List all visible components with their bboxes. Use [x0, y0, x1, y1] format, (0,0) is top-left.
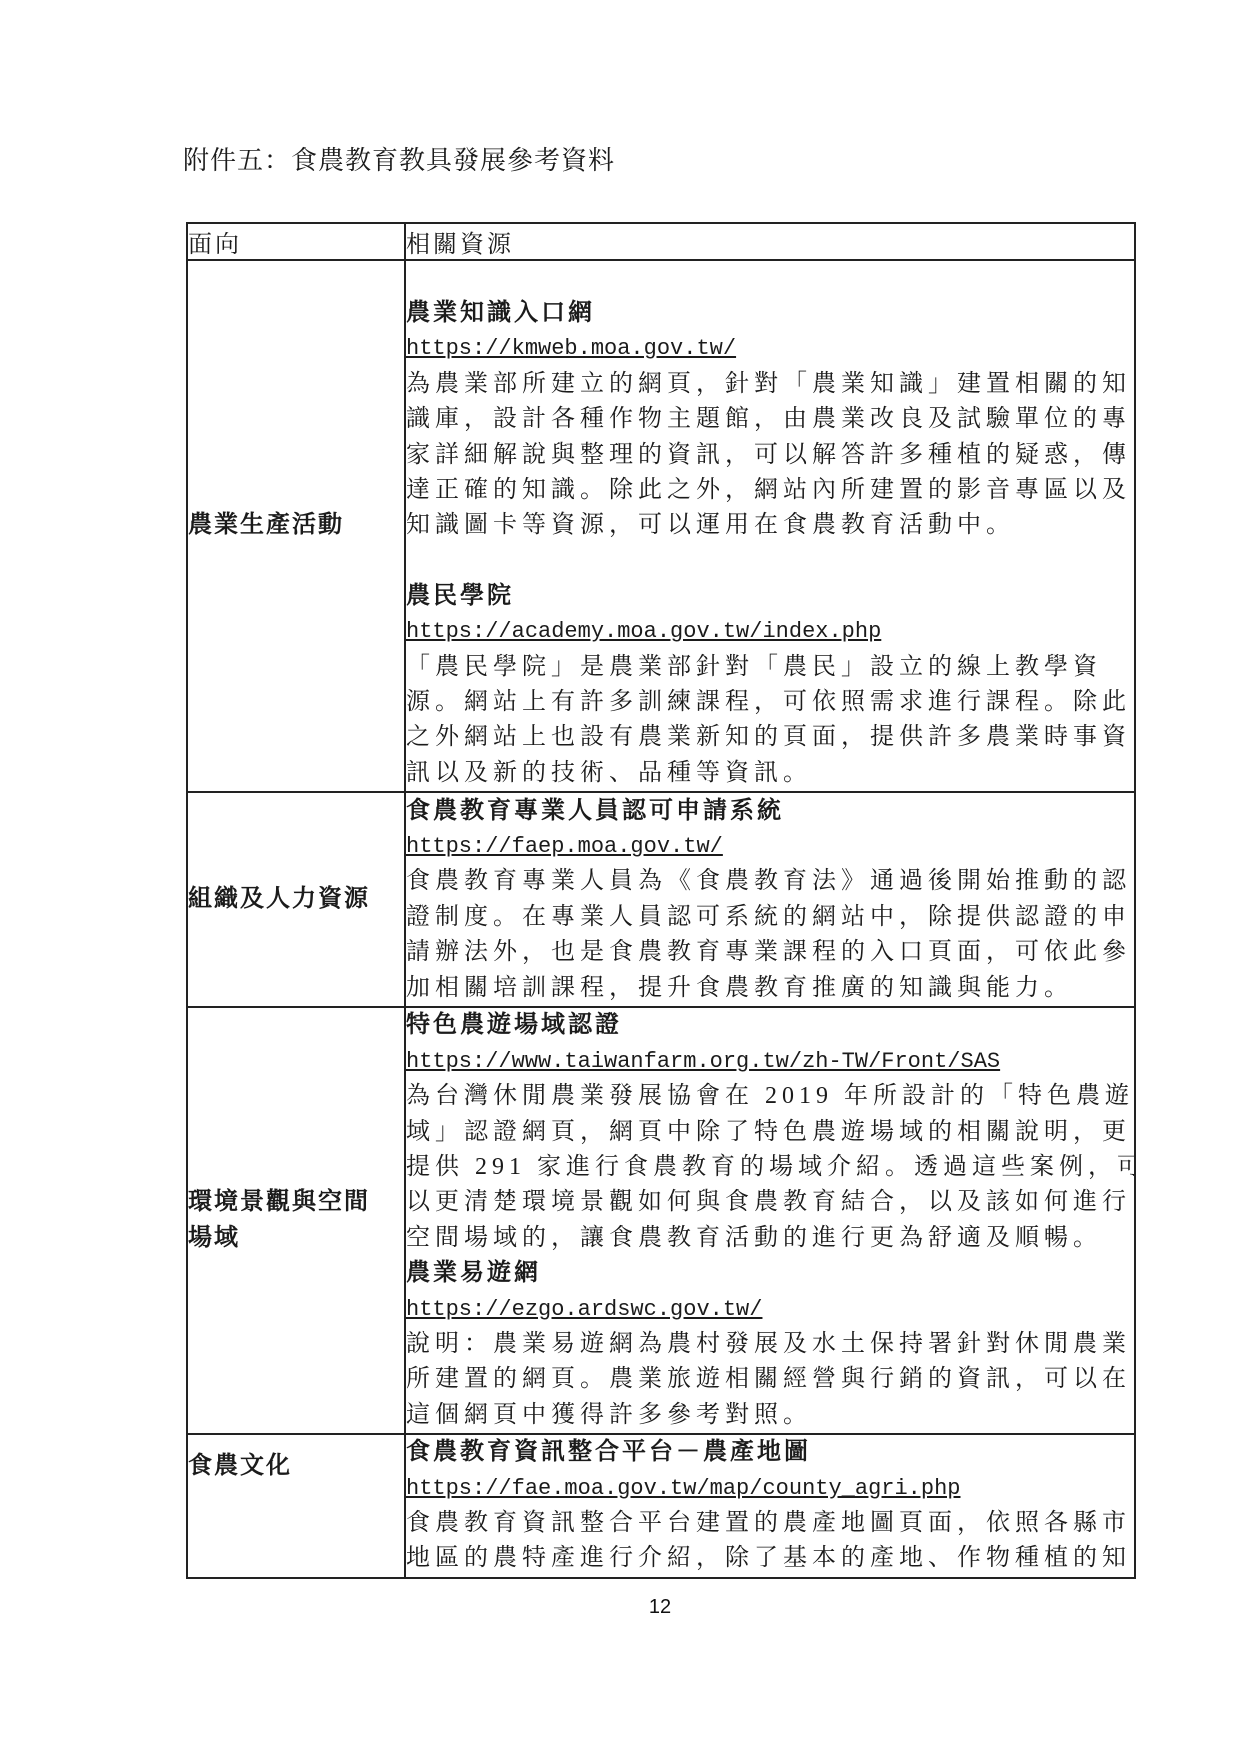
resource-url-link[interactable]: https://www.taiwanfarm.org.tw/zh-TW/Fron…	[406, 1044, 1134, 1079]
text-line: 場域	[188, 1221, 404, 1256]
text-line: 訊以及新的技術、品種等資訊。	[406, 756, 1134, 791]
header-cell-resources: 相關資源	[405, 223, 1135, 260]
text-line: 食農教育專業人員為《食農教育法》通過後開始推動的認	[406, 864, 1134, 899]
resource-table: 面向 相關資源 農業生產活動 農業知識入口網 https://kmweb.moa…	[186, 222, 1136, 1579]
text-line: 以更清楚環境景觀如何與食農教育結合，以及該如何進行	[406, 1185, 1134, 1220]
resource-block: 農民學院 https://academy.moa.gov.tw/index.ph…	[406, 579, 1134, 791]
text-line: 達正確的知識。除此之外，網站內所建置的影音專區以及	[406, 473, 1134, 508]
text-line: 證制度。在專業人員認可系統的網站中，除提供認證的申	[406, 900, 1134, 935]
text-line: 源。網站上有許多訓練課程，可依照需求進行課程。除此	[406, 685, 1134, 720]
resource-heading: 食農教育資訊整合平台－農產地圖	[406, 1435, 1134, 1470]
resources-cell: 特色農遊場域認證 https://www.taiwanfarm.org.tw/z…	[405, 1007, 1135, 1434]
text-line: 家詳細解說與整理的資訊，可以解答許多種植的疑惑，傳	[406, 438, 1134, 473]
table-row: 組織及人力資源 食農教育專業人員認可申請系統 https://faep.moa.…	[187, 792, 1135, 1007]
resource-heading: 特色農遊場域認證	[406, 1008, 1134, 1043]
text-line: 所建置的網頁。農業旅遊相關經營與行銷的資訊，可以在	[406, 1362, 1134, 1397]
aspect-cell-organization-hr: 組織及人力資源	[187, 792, 405, 1007]
resources-cell: 食農教育專業人員認可申請系統 https://faep.moa.gov.tw/ …	[405, 792, 1135, 1007]
resource-description: 為台灣休閒農業發展協會在 2019 年所設計的「特色農遊場域」認證網頁，網頁中除…	[406, 1079, 1134, 1256]
resource-url-link[interactable]: https://faep.moa.gov.tw/	[406, 829, 1134, 864]
text-line: 知識圖卡等資源，可以運用在食農教育活動中。	[406, 508, 1134, 543]
resource-block: 農業易遊網 https://ezgo.ardswc.gov.tw/ 說明：農業易…	[406, 1256, 1134, 1433]
resource-description: 「農民學院」是農業部針對「農民」設立的線上教學資源。網站上有許多訓練課程，可依照…	[406, 650, 1134, 792]
text-line: 農業生產活動	[188, 508, 404, 543]
resources-cell: 農業知識入口網 https://kmweb.moa.gov.tw/ 為農業部所建…	[405, 260, 1135, 792]
resource-heading: 食農教育專業人員認可申請系統	[406, 794, 1134, 829]
text-line: 請辦法外，也是食農教育專業課程的入口頁面，可依此參	[406, 935, 1134, 970]
aspect-cell-agricultural-production: 農業生產活動	[187, 260, 405, 792]
resource-block: 食農教育專業人員認可申請系統 https://faep.moa.gov.tw/ …	[406, 794, 1134, 1006]
resource-heading: 農業易遊網	[406, 1256, 1134, 1291]
table-row: 環境景觀與空間場域 特色農遊場域認證 https://www.taiwanfar…	[187, 1007, 1135, 1434]
aspect-cell-food-agri-culture: 食農文化	[187, 1434, 405, 1578]
text-line: 說明：農業易遊網為農村發展及水土保持署針對休閒農業	[406, 1327, 1134, 1362]
resources-cell: 食農教育資訊整合平台－農產地圖 https://fae.moa.gov.tw/m…	[405, 1434, 1135, 1578]
resource-block: 食農教育資訊整合平台－農產地圖 https://fae.moa.gov.tw/m…	[406, 1435, 1134, 1577]
text-line: 提供 291 家進行食農教育的場域介紹。透過這些案例，可	[406, 1150, 1134, 1185]
resource-description: 為農業部所建立的網頁，針對「農業知識」建置相關的知識庫，設計各種作物主題館，由農…	[406, 367, 1134, 544]
text-line: 域」認證網頁，網頁中除了特色農遊場域的相關說明，更	[406, 1115, 1134, 1150]
text-line: 「農民學院」是農業部針對「農民」設立的線上教學資	[406, 650, 1134, 685]
resource-url-link[interactable]: https://ezgo.ardswc.gov.tw/	[406, 1292, 1134, 1327]
resource-url-link[interactable]: https://kmweb.moa.gov.tw/	[406, 331, 1134, 366]
resource-block: 農業知識入口網 https://kmweb.moa.gov.tw/ 為農業部所建…	[406, 296, 1134, 544]
text-line: 空間場域的，讓食農教育活動的進行更為舒適及順暢。	[406, 1221, 1134, 1256]
text-line: 為台灣休閒農業發展協會在 2019 年所設計的「特色農遊場	[406, 1079, 1134, 1114]
resource-url-link[interactable]: https://fae.moa.gov.tw/map/county_agri.p…	[406, 1471, 1134, 1506]
resource-url-link[interactable]: https://academy.moa.gov.tw/index.php	[406, 614, 1134, 649]
text-line: 識庫，設計各種作物主題館，由農業改良及試驗單位的專	[406, 402, 1134, 437]
text-line: 加相關培訓課程，提升食農教育推廣的知識與能力。	[406, 971, 1134, 1006]
resource-description: 食農教育專業人員為《食農教育法》通過後開始推動的認證制度。在專業人員認可系統的網…	[406, 864, 1134, 1006]
text-line: 食農教育資訊整合平台建置的農產地圖頁面，依照各縣市	[406, 1506, 1134, 1541]
table-row: 農業生產活動 農業知識入口網 https://kmweb.moa.gov.tw/…	[187, 260, 1135, 792]
text-line: 為農業部所建立的網頁，針對「農業知識」建置相關的知	[406, 367, 1134, 402]
table-row: 食農文化 食農教育資訊整合平台－農產地圖 https://fae.moa.gov…	[187, 1434, 1135, 1578]
text-line: 這個網頁中獲得許多參考對照。	[406, 1398, 1134, 1433]
resource-description: 食農教育資訊整合平台建置的農產地圖頁面，依照各縣市地區的農特產進行介紹，除了基本…	[406, 1506, 1134, 1577]
text-line: 組織及人力資源	[188, 882, 404, 917]
page-title: 附件五：食農教育教具發展參考資料	[183, 143, 615, 179]
resource-heading: 農民學院	[406, 579, 1134, 614]
document-page: 附件五：食農教育教具發展參考資料 面向 相關資源 農業生產活動 農業知識入口網 …	[0, 0, 1241, 1755]
resource-block: 特色農遊場域認證 https://www.taiwanfarm.org.tw/z…	[406, 1008, 1134, 1256]
text-line: 食農文化	[188, 1449, 404, 1484]
resource-description: 說明：農業易遊網為農村發展及水土保持署針對休閒農業所建置的網頁。農業旅遊相關經營…	[406, 1327, 1134, 1433]
table-header-row: 面向 相關資源	[187, 223, 1135, 260]
text-line: 地區的農特產進行介紹，除了基本的產地、作物種植的知	[406, 1541, 1134, 1576]
text-line: 之外網站上也設有農業新知的頁面，提供許多農業時事資	[406, 720, 1134, 755]
aspect-cell-environment-space: 環境景觀與空間場域	[187, 1007, 405, 1434]
page-number: 12	[186, 1596, 1134, 1619]
header-cell-aspect: 面向	[187, 223, 405, 260]
resource-heading: 農業知識入口網	[406, 296, 1134, 331]
text-line: 環境景觀與空間	[188, 1185, 404, 1220]
